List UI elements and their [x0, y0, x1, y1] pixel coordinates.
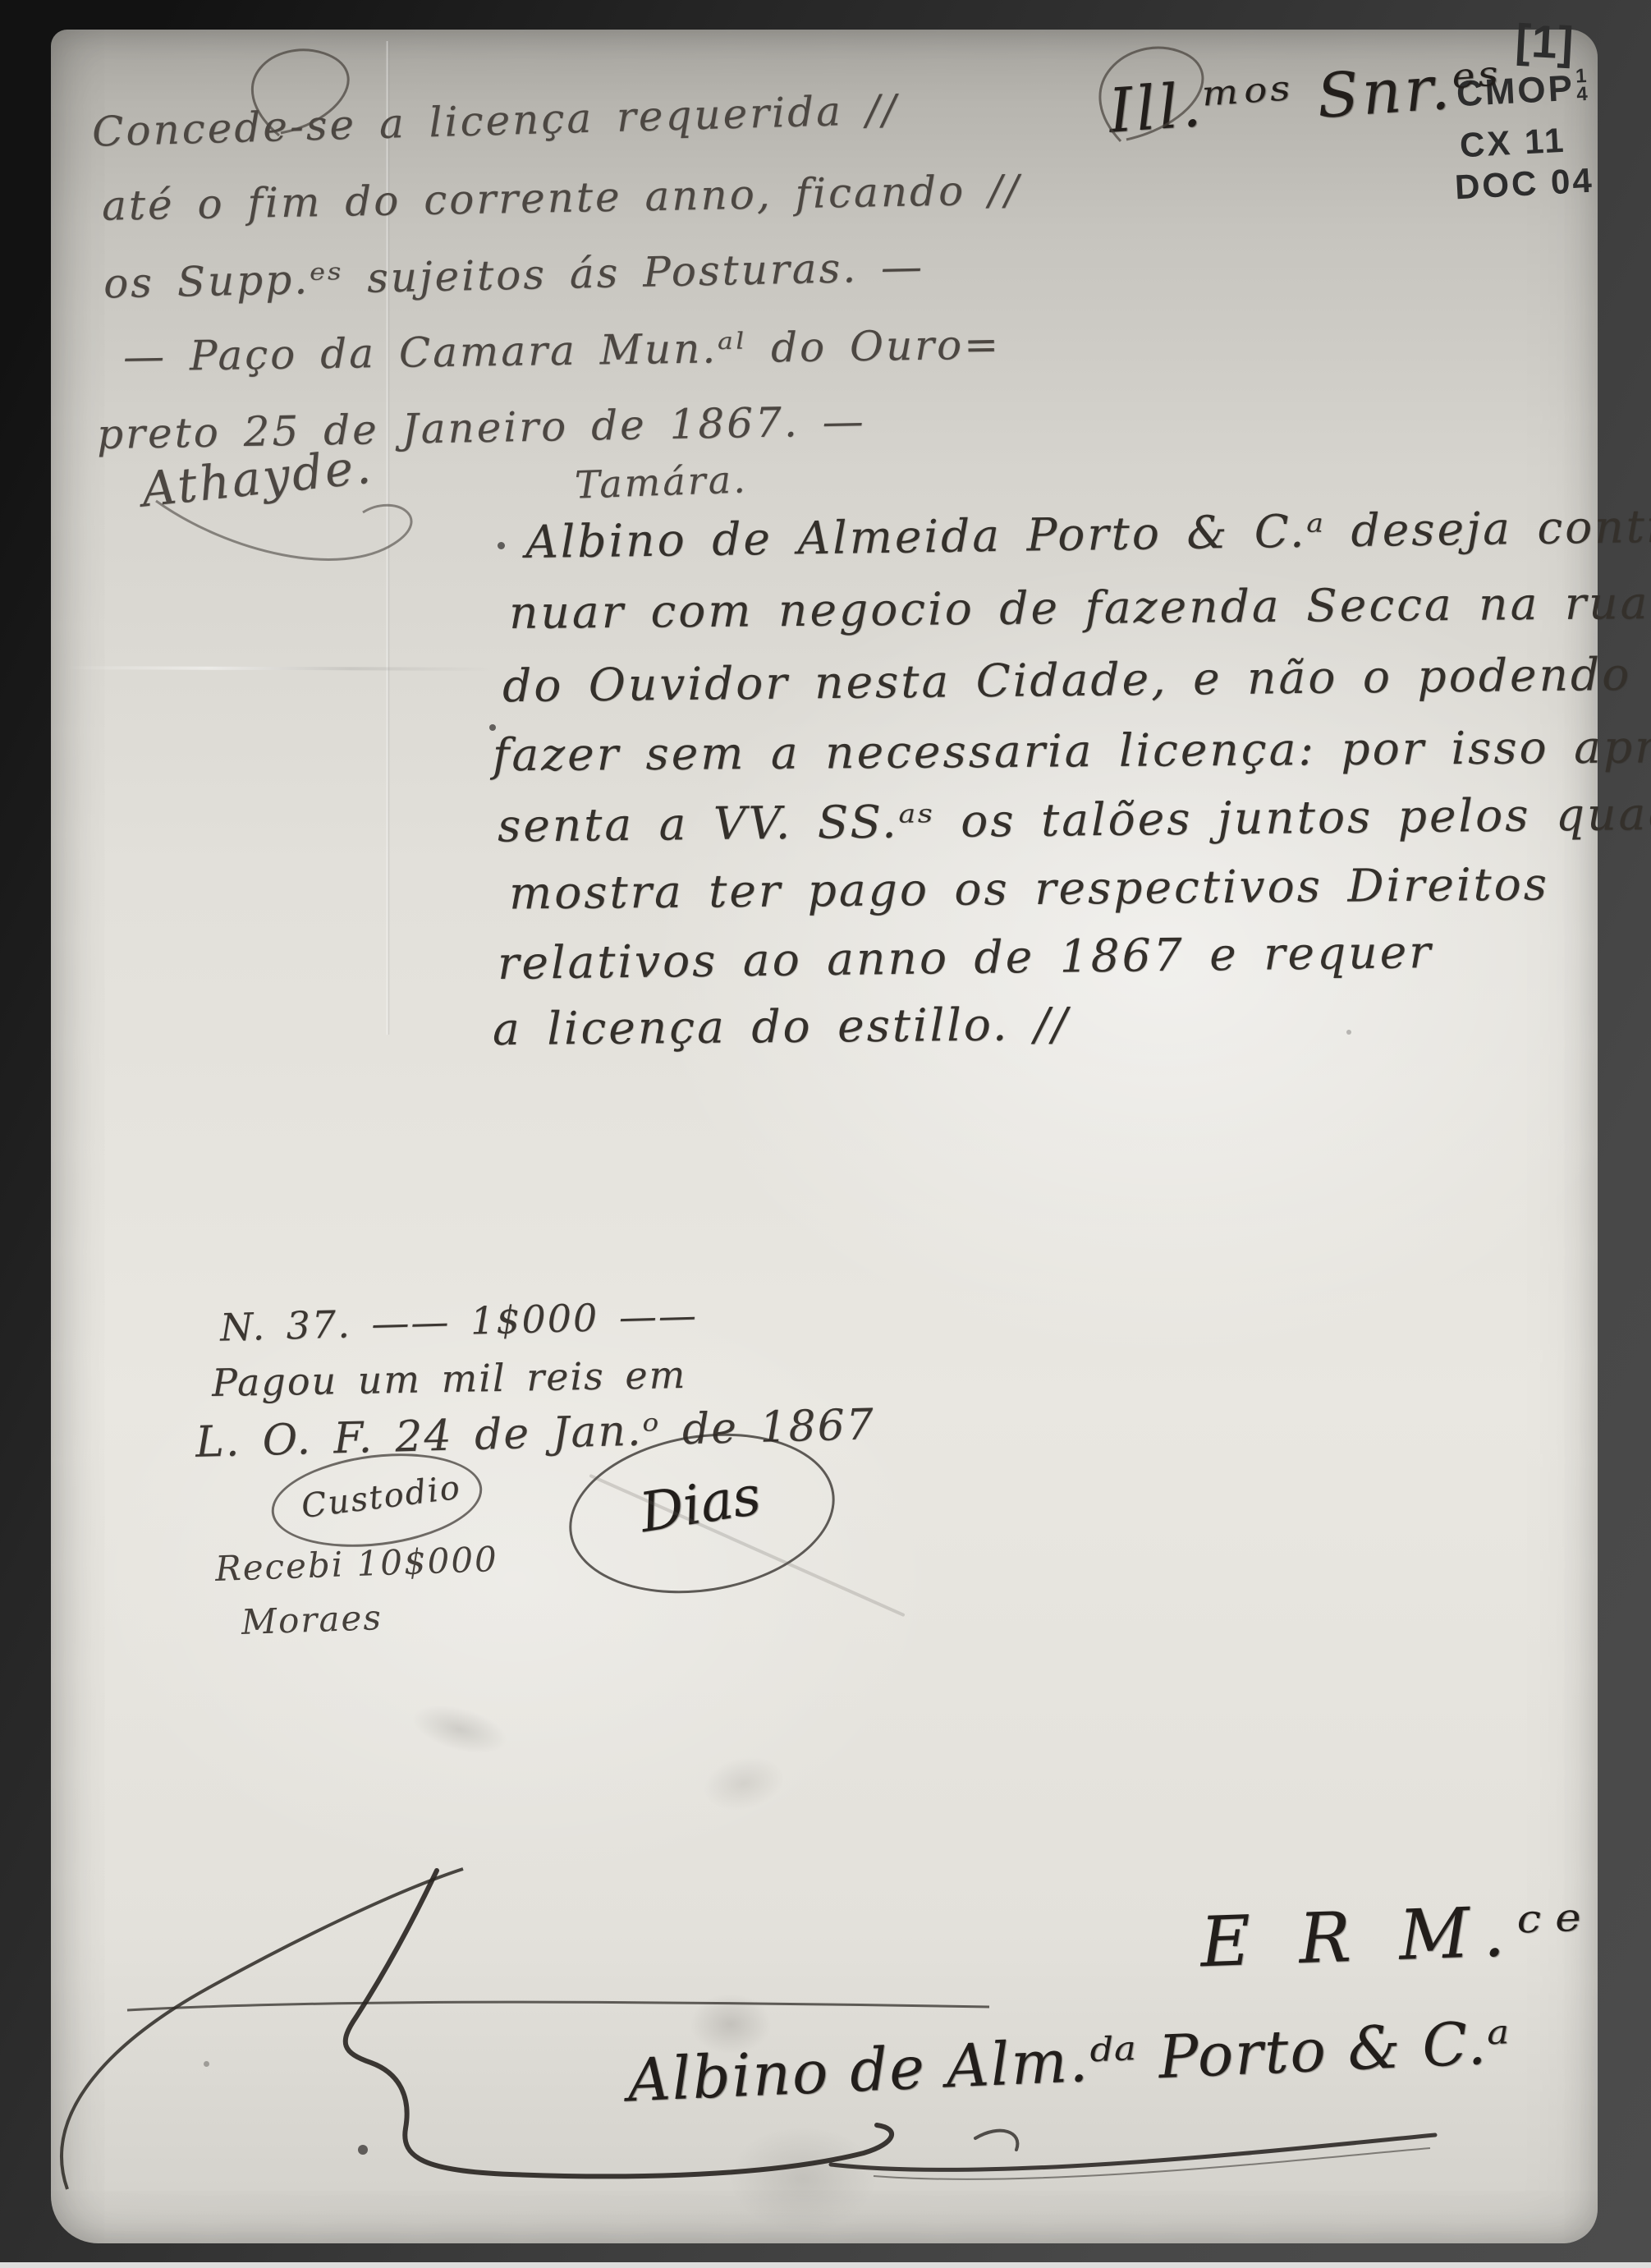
ink-speck [1346, 1030, 1351, 1035]
scan-edge-artifact [0, 2262, 1651, 2268]
archive-fond-fraction-bottom: 4 [1576, 85, 1590, 103]
closing-formula: E R M.ᶜᵉ [1199, 1889, 1596, 1983]
scanned-document-page: [1] CMOP14 CX 11 DOC 04 Ill.ᵐᵒˢ Snr.ᵉˢ C… [0, 0, 1651, 2268]
ink-dot [498, 542, 505, 549]
archive-box-code: CX 11 [1459, 121, 1567, 166]
petition-line: fazer sem a necessaria licença: por isso… [493, 720, 1651, 782]
archive-doc-code: DOC 04 [1454, 161, 1595, 208]
petition-line: mostra ter pago os respectivos Direitos [509, 857, 1549, 919]
archive-fond-fraction: 14 [1575, 67, 1591, 103]
payment-signature-custodio: Custodio [300, 1469, 464, 1526]
despacho-signature-tamara: Tamára. [574, 457, 748, 507]
signature-underline-flourish [821, 2119, 1445, 2192]
petition-line: a licença do estillo. // [493, 998, 1070, 1055]
payment-line: Pagou um mil reis em [212, 1352, 687, 1405]
archive-page-mark: [1] [1514, 13, 1575, 70]
receipt-signature-moraes: Moraes [241, 1597, 383, 1642]
petition-line: nuar com negocio de fazenda Secca na rua [509, 576, 1650, 639]
athayde-flourish [123, 486, 468, 593]
